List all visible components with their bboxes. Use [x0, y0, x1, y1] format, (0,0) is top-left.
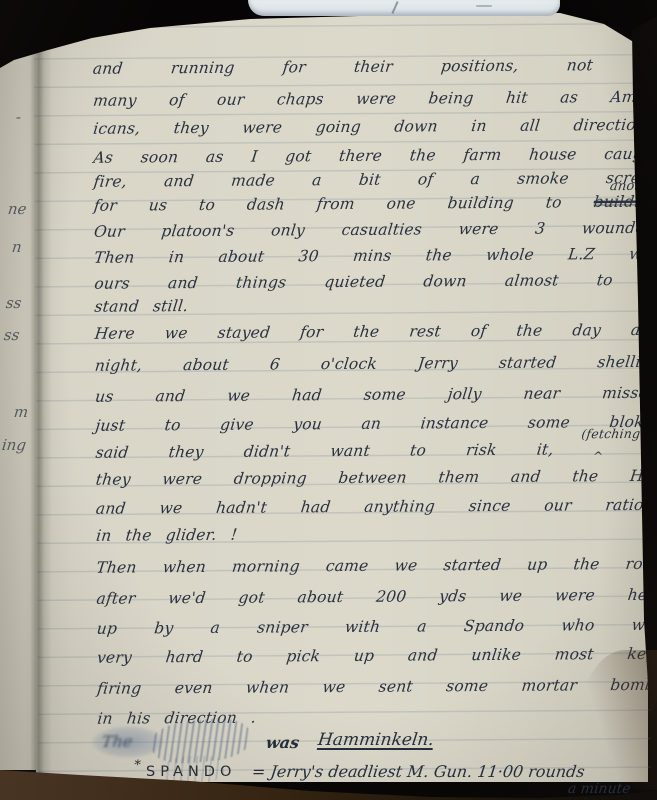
inserted-note: (fetching grub) [580, 424, 657, 445]
handwritten-line: Our platoon's only casualties were 3 wou… [93, 218, 657, 242]
inserted-word: another. [609, 177, 657, 197]
notebook-page: and running for their positions, not so … [36, 10, 648, 782]
handwritten-line: up by a sniper with a Spando who was [96, 615, 657, 639]
handwritten-line: night, about 6 o'clock Jerry started she… [94, 352, 657, 376]
handwritten-line: Here we stayed for the rest of the day a… [94, 320, 657, 344]
handwritten-line: icans, they were going down in all direc… [92, 115, 657, 139]
handwritten-line: As soon as I got there the farm house ca… [92, 144, 657, 168]
handwritten-line: in the glider. ! [95, 525, 238, 546]
paper-scrap [248, 0, 560, 16]
asterisk-mark: * [133, 758, 141, 773]
footer-verb: was [265, 733, 300, 752]
handwritten-line: they were dropping between them and the … [95, 466, 657, 490]
handwritten-line: ours and things quieted down almost to a [93, 270, 657, 294]
handwritten-line: us and we had some jolly near misses. [94, 383, 657, 407]
handwriting-layer: and running for their positions, not so … [33, 8, 650, 784]
footnote-definition-cont: a minute [567, 781, 631, 797]
margin-fragment: - [15, 108, 22, 126]
margin-fragment: m [13, 403, 29, 421]
gutter-shadow [30, 36, 52, 776]
insertion-point: (fetching grub)^ [592, 439, 605, 460]
margin-fragment: ss [5, 294, 23, 312]
pencil-mark [391, 1, 398, 14]
handwritten-line: and we hadn't had anything since our rat… [95, 495, 657, 519]
margin-fragment: ing [1, 436, 27, 454]
caret-mark: ^ [592, 449, 604, 463]
handwritten-line: after we'd got about 200 yds we were hel… [95, 585, 657, 609]
handwritten-line: for us to dash from one building to buil… [93, 192, 657, 216]
handwritten-line: many of our chaps were being hit as Amer… [92, 87, 657, 111]
handwritten-line: stand still. [93, 296, 189, 317]
line-text: said they didn't want to risk it, [95, 441, 555, 462]
handwritten-line: very hard to pick up and unlike most kep… [96, 644, 657, 668]
handwritten-line: firing even when we sent some mortar bom… [96, 675, 657, 699]
handwritten-line: Then in about 30 mins the whole L.Z was [93, 244, 657, 268]
struck-out-word: buildinganother. [593, 192, 657, 212]
handwritten-line: and running for their positions, not so [92, 55, 657, 79]
page-sheet: and running for their positions, not so … [33, 8, 650, 784]
pencil-mark [476, 5, 492, 7]
margin-fragment: ss [3, 326, 21, 344]
margin-fragment: n [11, 238, 23, 256]
footnote-definition: = Jerry's deadliest M. Gun. 11·00 rounds [251, 762, 586, 781]
notebook-photo: - ne n ss ss m ing and running for their… [0, 0, 657, 800]
handwritten-line: Then when morning came we started up the… [95, 554, 657, 578]
handwritten-line: just to give you an instance some blokes [94, 412, 657, 436]
line-text: for us to dash from one building to [93, 193, 563, 214]
handwritten-line: said they didn't want to risk it, (fetch… [94, 439, 657, 464]
margin-fragment: ne [7, 200, 28, 218]
place-name: Hamminkeln. [317, 730, 435, 750]
footnote-term: SPANDO [146, 764, 236, 780]
handwritten-line: fire, and made a bit of a smoke screen [93, 168, 657, 192]
